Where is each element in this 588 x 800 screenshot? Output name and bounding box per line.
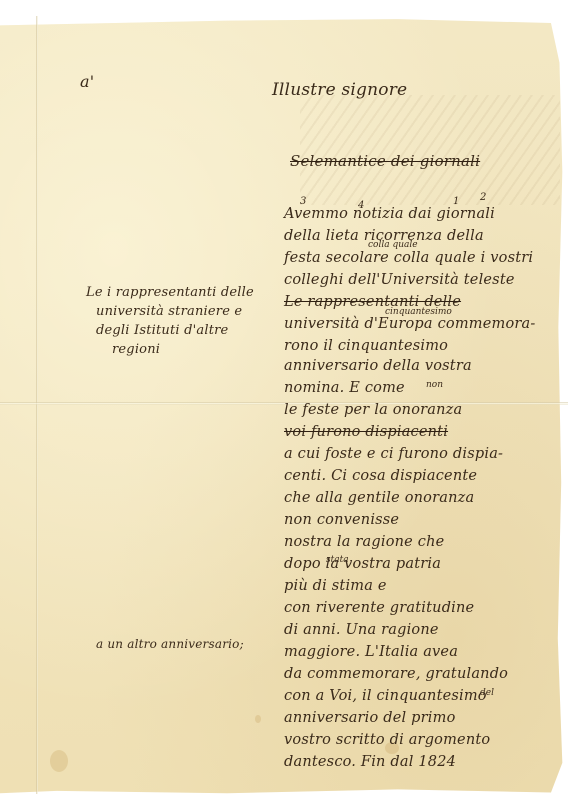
letter-line: dantesco. Fin dal 1824	[284, 751, 456, 773]
letter-line: più di stima e	[284, 575, 387, 597]
letter-line: centi. Ci cosa dispiacente	[284, 465, 477, 487]
margin-note-line: Le i rappresentanti delle	[86, 283, 254, 302]
letter-line: dopo la vostra patria	[284, 553, 441, 575]
margin-note-line: regioni	[112, 340, 160, 359]
letter-line: con a Voi, il cinquantesimo	[284, 685, 487, 707]
letter-line: che alla gentile onoranza	[284, 487, 474, 509]
letter-line: voi furono dispiacenti	[284, 421, 448, 443]
letter-line: Avemmo notizia dai giornali	[284, 203, 495, 225]
salutation: Illustre signore	[272, 80, 407, 100]
stain-spot	[50, 750, 68, 772]
letter-line: rono il cinquantesimo	[284, 335, 448, 357]
interlinear-insertion: colla quale	[368, 240, 418, 250]
line-number: 2	[480, 192, 486, 203]
letter-line: con riverente gratitudine	[284, 597, 474, 619]
interlinear-insertion: del	[480, 688, 494, 698]
margin-note-bottom: a un altro anniversario;	[96, 637, 244, 651]
stain-spot	[255, 715, 261, 723]
letter-line: anniversario del primo	[284, 707, 456, 729]
letter-line: non convenisse	[284, 509, 399, 531]
interlinear-insertion: cinquantesimo	[385, 307, 452, 317]
letter-line: di anni. Una ragione	[284, 619, 439, 641]
line-number: 1	[453, 196, 459, 207]
line-number: 4	[358, 200, 364, 211]
letter-line: da commemorare, gratulando	[284, 663, 508, 685]
letter-line: le feste per la onoranza	[284, 399, 462, 421]
margin-note-line: degli Istituti d'altre	[96, 321, 228, 340]
letter-line: festa secolare colla quale i vostri	[284, 247, 533, 269]
line-number: 3	[300, 196, 306, 207]
letter-line: nostra la ragione che	[284, 531, 444, 553]
letter-line: maggiore. L'Italia avea	[284, 641, 458, 663]
vertical-fold-line	[36, 16, 38, 794]
letter-line: colleghi dell'Università teleste	[284, 269, 515, 291]
interlinear-insertion: non	[426, 380, 443, 390]
margin-note-line: università straniere e	[96, 302, 242, 321]
letter-line: vostro scritto di argomento	[284, 729, 490, 751]
interlinear-insertion: stata	[326, 555, 349, 565]
letter-line: nomina. E come	[284, 377, 405, 399]
corner-mark: a'	[80, 72, 94, 91]
letter-line: Selemantice dei giornali	[290, 150, 480, 172]
letter-line: anniversario della vostra	[284, 355, 472, 377]
letter-line: a cui foste e ci furono dispia-	[284, 443, 503, 465]
